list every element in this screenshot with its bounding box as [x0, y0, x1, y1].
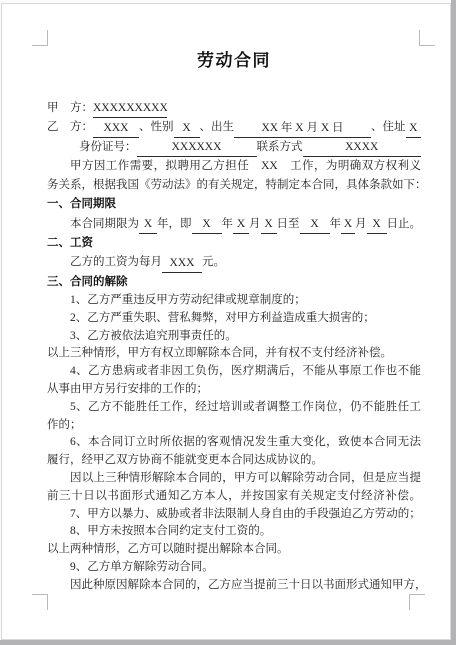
party-a-line: 甲 方： XXXXXXXXX	[47, 99, 421, 118]
intro-line-1: 甲方因工作需要，拟聘用乙方担任 XX 工作，为明确双方权利义	[47, 157, 421, 176]
birth-blank: XX 年 X 月 X 日	[234, 120, 371, 138]
id-blank: XXXXXX	[137, 139, 257, 157]
sex-blank: X	[174, 120, 200, 138]
clause-line: 因此种原因解除本合同的，乙方应当提前三十日以书面形式通知甲方，	[47, 577, 421, 595]
from-month-blank: X	[233, 216, 249, 234]
term-t3: 日至	[277, 215, 300, 234]
clause-line: 4、乙方患病或者非因工负伤，医疗期满后，不能从事原工作也不能	[47, 363, 421, 381]
termination-clauses: 1、乙方严重违反甲方劳动纪律或规章制度的； 2、乙方严重失职、营私舞弊，对甲方利…	[47, 292, 421, 311]
clause-line: 9、乙方单方解除劳动合同。	[47, 559, 421, 577]
term-mid1: 年，即	[157, 215, 192, 234]
term-t5: 月	[355, 215, 367, 234]
to-month-blank: X	[341, 216, 355, 234]
birth-label: 、出生	[200, 118, 235, 137]
margin-mark-bottom-left	[32, 594, 48, 610]
id-contact-line: 身份证号： XXXXXX 联系方式 XXXX	[79, 138, 421, 157]
wage-tail: 元。	[202, 253, 225, 272]
contract-content: 劳动合同 甲 方： XXXXXXXXX 乙 方： XXX 、性别 X 、出生 X…	[47, 4, 421, 311]
section-heading-termination: 三、合同的解除	[47, 273, 421, 292]
term-line: 本合同期限为 X 年，即 X 年 X 月 X 日至 X 年 X 月 X 日止。	[70, 215, 421, 234]
clause-line: 3、乙方被依法追究刑事责任的。	[47, 328, 421, 346]
margin-mark-bottom-right	[409, 594, 425, 610]
clause-line: 2、乙方严重失职、营私舞弊，对甲方利益造成重大损害的；	[47, 310, 421, 328]
contact-label: 联系方式	[257, 138, 303, 157]
clause-line: 6、本合同订立时所依据的客观情况发生重大变化，致使本合同无法	[47, 434, 421, 452]
to-day-blank: X	[367, 216, 387, 234]
party-b-name-blank: XXX	[93, 120, 139, 138]
party-b-label: 乙 方：	[47, 118, 93, 137]
wage-lead: 乙方的工资为每月	[70, 253, 162, 272]
clause-line: 以上两种情形，乙方可以随时提出解除本合同。	[47, 541, 421, 559]
wage-line: 乙方的工资为每月 XXX 元。	[70, 253, 421, 272]
clause-line: 8、甲方未按照本合同约定支付工资的。	[47, 523, 421, 541]
clause-line: 从事由甲方另行安排的工作的；	[47, 381, 421, 399]
from-year-blank: X	[192, 216, 222, 234]
sex-label: 、性别	[139, 118, 174, 137]
from-day-blank: X	[261, 216, 277, 234]
intro-line-2: 务关系，根据我国《劳动法》的有关规定，特制定本合同，具体条款如下：	[47, 176, 421, 195]
wage-amount-blank: XXX	[162, 255, 202, 273]
contract-page: 劳动合同 甲 方： XXXXXXXXX 乙 方： XXX 、性别 X 、出生 X…	[1, 3, 451, 640]
document-viewer: 劳动合同 甲 方： XXXXXXXXX 乙 方： XXX 、性别 X 、出生 X…	[0, 0, 456, 645]
term-t4: 年	[330, 215, 342, 234]
page-title: 劳动合同	[47, 49, 421, 73]
margin-mark-top-left	[32, 30, 48, 46]
term-t2: 月	[249, 215, 261, 234]
margin-mark-top-right	[419, 30, 435, 46]
address-label: 、住址	[371, 118, 406, 137]
party-a-label: 甲 方：	[47, 99, 93, 118]
id-label: 身份证号：	[79, 138, 137, 157]
section-heading-term: 一、合同期限	[47, 195, 421, 214]
clause-line: 作的；	[47, 417, 421, 435]
viewer-bottom-edge	[0, 640, 456, 645]
term-t1: 年	[222, 215, 234, 234]
section-heading-wage: 二、工资	[47, 234, 421, 253]
party-a-value-blank: XXXXXXXXX	[93, 100, 167, 118]
clause-line: 前三十日以书面形式通知乙方本人，并按国家有关规定支付经济补偿。	[47, 488, 421, 506]
contact-blank: XXXX	[303, 139, 422, 157]
term-lead: 本合同期限为	[70, 215, 139, 234]
clause-line: 履行，经甲乙双方协商不能就变更本合同达成协议的。	[47, 452, 421, 470]
party-b-line: 乙 方： XXX 、性别 X 、出生 XX 年 X 月 X 日 、住址 X	[47, 118, 421, 137]
to-year-blank: X	[300, 216, 330, 234]
viewer-right-edge	[451, 0, 456, 645]
term-tail: 日止。	[387, 215, 422, 234]
contract-body: 甲 方： XXXXXXXXX 乙 方： XXX 、性别 X 、出生 XX 年 X…	[47, 99, 421, 311]
address-blank: X	[406, 120, 422, 138]
clause-line: 1、乙方严重违反甲方劳动纪律或规章制度的；	[47, 292, 421, 310]
clause-line: 因以上三种情形解除本合同的，甲方可以解除劳动合同，但是应当提	[47, 470, 421, 488]
clause-line: 5、乙方不能胜任工作，经过培训或者调整工作岗位，仍不能胜任工	[47, 399, 421, 417]
clause-line: 以上三种情形，甲方有权立即解除本合同，并有权不支付经济补偿。	[47, 345, 421, 363]
clause-line: 7、甲方以暴力、威胁或者非法限制人身自由的手段强迫乙方劳动的；	[47, 506, 421, 524]
term-years-blank: X	[139, 216, 157, 234]
